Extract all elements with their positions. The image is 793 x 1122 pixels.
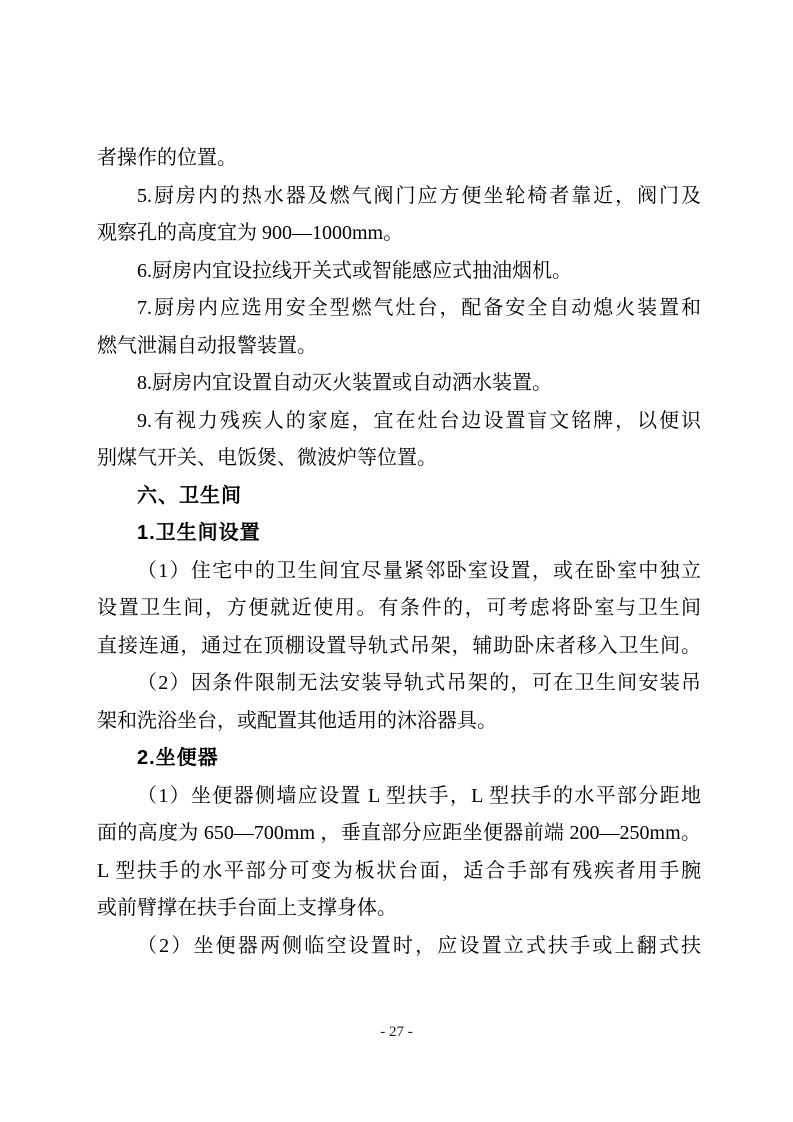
text-line: 6.厨房内宜设拉线开关式或智能感应式抽油烟机。 (97, 253, 701, 291)
heading-line: 2.坐便器 (97, 740, 701, 778)
text-line: 或前臂撑在扶手台面上支撑身体。 (97, 890, 701, 928)
text-line: （2）因条件限制无法安装导轨式吊架的，可在卫生间安装吊 (97, 665, 701, 703)
text-line: 别煤气开关、电饭煲、微波炉等位置。 (97, 440, 701, 478)
text-line: （1）住宅中的卫生间宜尽量紧邻卧室设置，或在卧室中独立 (97, 553, 701, 591)
text-line: 架和洗浴坐台，或配置其他适用的沐浴器具。 (97, 703, 701, 741)
document-body: 者操作的位置。5.厨房内的热水器及燃气阀门应方便坐轮椅者靠近，阀门及观察孔的高度… (97, 140, 701, 965)
heading-line: 六、卫生间 (97, 478, 701, 516)
text-line: L 型扶手的水平部分可变为板状台面，适合手部有残疾者用手腕 (97, 853, 701, 891)
text-line: 设置卫生间，方便就近使用。有条件的，可考虑将卧室与卫生间 (97, 590, 701, 628)
document-page: 者操作的位置。5.厨房内的热水器及燃气阀门应方便坐轮椅者靠近，阀门及观察孔的高度… (0, 0, 793, 1122)
text-line: 8.厨房内宜设置自动灭火装置或自动洒水装置。 (97, 365, 701, 403)
text-line: （1）坐便器侧墙应设置 L 型扶手，L 型扶手的水平部分距地 (97, 778, 701, 816)
text-line: 直接连通，通过在顶棚设置导轨式吊架，辅助卧床者移入卫生间。 (97, 628, 701, 666)
text-line: 9.有视力残疾人的家庭，宜在灶台边设置盲文铭牌，以便识 (97, 403, 701, 441)
text-line: 观察孔的高度宜为 900—1000mm。 (97, 215, 701, 253)
heading-line: 1.卫生间设置 (97, 515, 701, 553)
text-line: 者操作的位置。 (97, 140, 701, 178)
text-line: 面的高度为 650—700mm ，垂直部分应距坐便器前端 200—250mm。 (97, 815, 701, 853)
text-line: 7.厨房内应选用安全型燃气灶台，配备安全自动熄火装置和 (97, 290, 701, 328)
text-line: （2）坐便器两侧临空设置时，应设置立式扶手或上翻式扶 (97, 928, 701, 966)
text-line: 5.厨房内的热水器及燃气阀门应方便坐轮椅者靠近，阀门及 (97, 178, 701, 216)
page-number: - 27 - (0, 1022, 793, 1042)
text-line: 燃气泄漏自动报警装置。 (97, 328, 701, 366)
